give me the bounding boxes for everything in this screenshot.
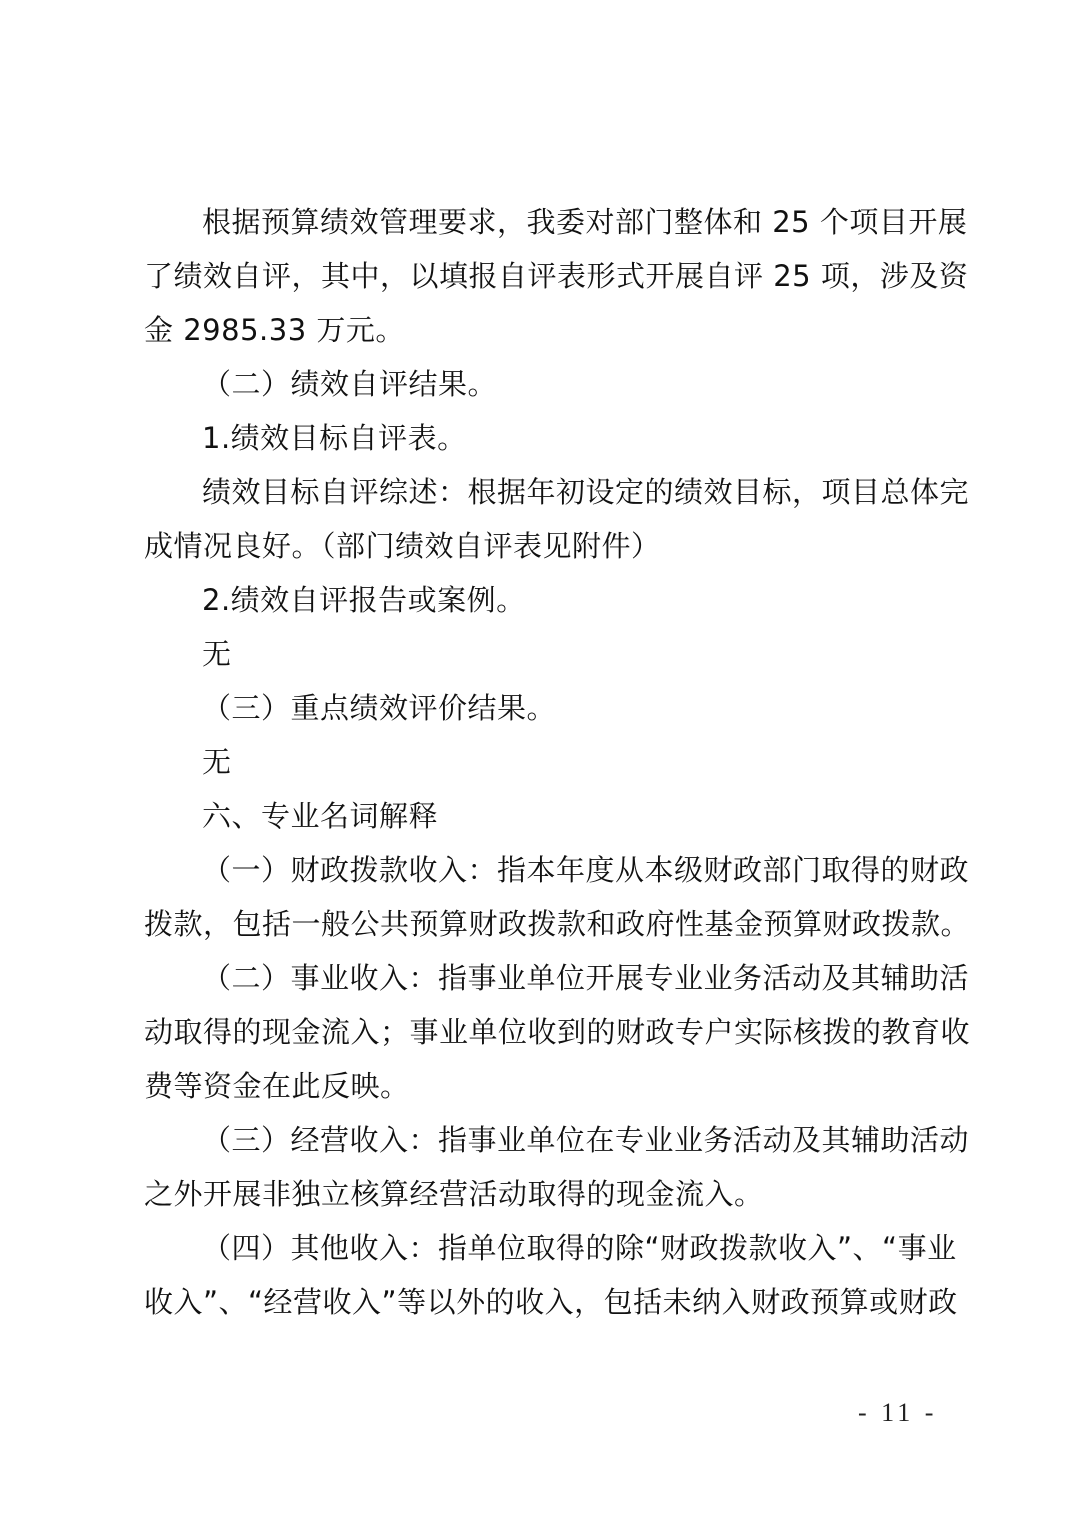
paragraph-line: （三）经营收入：指事业单位在专业业务活动及其辅助活动 [202,1113,969,1167]
page-number: - 11 - [858,1398,937,1428]
paragraph-line: 根据预算绩效管理要求，我委对部门整体和 25 个项目开展 [202,195,967,249]
section-heading: （三）重点绩效评价结果。 [202,681,556,735]
paragraph-line: 了绩效自评，其中，以填报自评表形式开展自评 25 项，涉及资 [144,249,968,303]
paragraph-line: 无 [202,627,232,681]
paragraph-line: 成情况良好。（部门绩效自评表见附件） [144,519,661,573]
paragraph-line: 动取得的现金流入；事业单位收到的财政专户实际核拨的教育收 [144,1005,970,1059]
paragraph-line: 金 2985.33 万元。 [144,303,405,357]
chapter-heading: 六、专业名词解释 [202,789,438,843]
paragraph-line: 无 [202,735,232,789]
paragraph-line: 绩效目标自评综述：根据年初设定的绩效目标，项目总体完 [202,465,969,519]
paragraph-line: （一）财政拨款收入：指本年度从本级财政部门取得的财政 [202,843,969,897]
paragraph-line: 之外开展非独立核算经营活动取得的现金流入。 [144,1167,764,1221]
paragraph-line: （四）其他收入：指单位取得的除“财政拨款收入”、“事业 [202,1221,957,1275]
paragraph-line: 费等资金在此反映。 [144,1059,410,1113]
paragraph-line: 拨款，包括一般公共预算财政拨款和政府性基金预算财政拨款。 [144,897,970,951]
subsection-heading: 1.绩效目标自评表。 [202,411,467,465]
paragraph-line: 收入”、“经营收入”等以外的收入，包括未纳入财政预算或财政 [144,1275,958,1329]
subsection-heading: 2.绩效自评报告或案例。 [202,573,526,627]
paragraph-line: （二）事业收入：指事业单位开展专业业务活动及其辅助活 [202,951,969,1005]
section-heading: （二）绩效自评结果。 [202,357,497,411]
